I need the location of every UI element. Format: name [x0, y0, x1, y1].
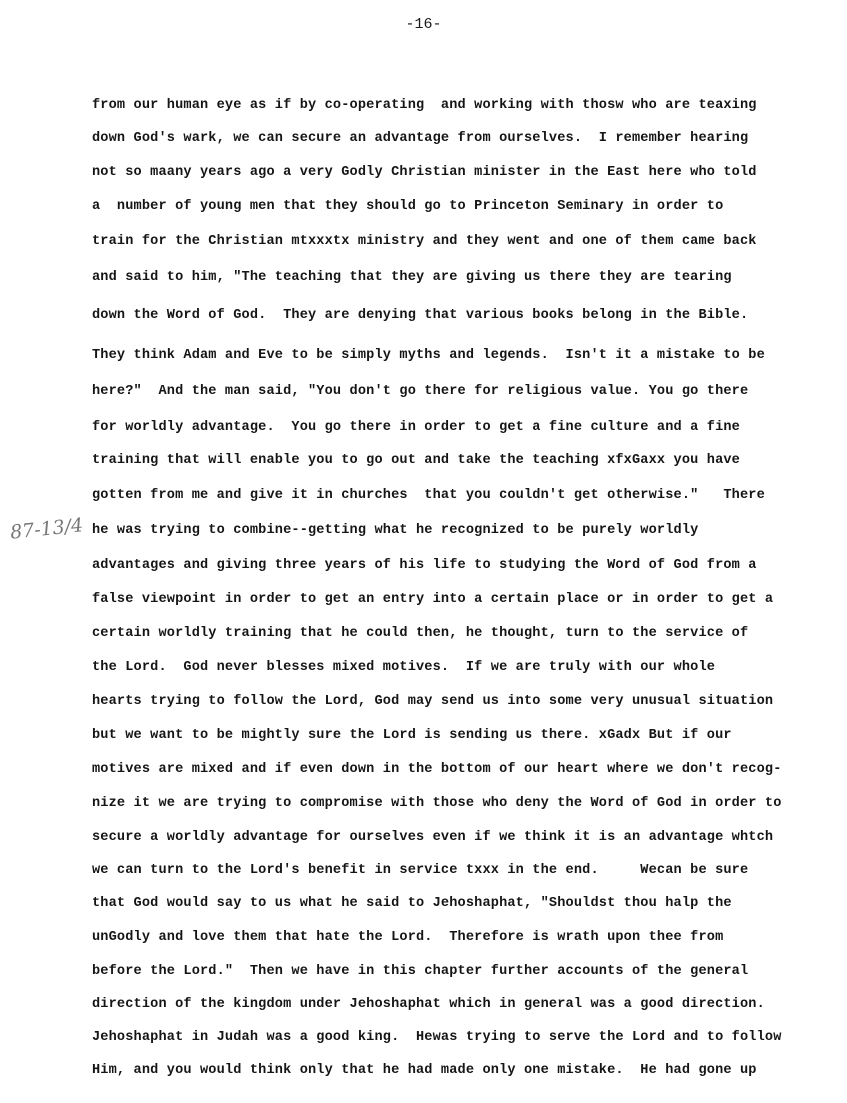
text-line: down the Word of God. They are denying t… — [92, 306, 748, 326]
text-line: the Lord. God never blesses mixed motive… — [92, 658, 715, 678]
text-line: from our human eye as if by co-operating… — [92, 96, 757, 116]
text-line: train for the Christian mtxxxtx ministry… — [92, 232, 757, 252]
page-number: -16- — [0, 16, 847, 33]
text-line: that God would say to us what he said to… — [92, 894, 732, 914]
handwritten-margin-note: 87-13/4 — [9, 514, 84, 544]
text-line: Jehoshaphat in Judah was a good king. He… — [92, 1028, 782, 1048]
text-line: here?" And the man said, "You don't go t… — [92, 382, 748, 402]
text-line: They think Adam and Eve to be simply myt… — [92, 346, 765, 366]
text-line: motives are mixed and if even down in th… — [92, 760, 782, 780]
text-line: he was trying to combine--getting what h… — [92, 521, 698, 541]
text-line: Him, and you would think only that he ha… — [92, 1061, 757, 1081]
text-line: down God's wark, we can secure an advant… — [92, 129, 748, 149]
text-line: and said to him, "The teaching that they… — [92, 268, 732, 288]
text-line: before the Lord." Then we have in this c… — [92, 962, 748, 982]
text-line: unGodly and love them that hate the Lord… — [92, 928, 723, 948]
text-line: we can turn to the Lord's benefit in ser… — [92, 861, 748, 881]
text-line: but we want to be mightly sure the Lord … — [92, 726, 732, 746]
text-line: secure a worldly advantage for ourselves… — [92, 828, 773, 848]
text-line: training that will enable you to go out … — [92, 451, 740, 471]
text-line: for worldly advantage. You go there in o… — [92, 418, 740, 438]
text-line: not so maany years ago a very Godly Chri… — [92, 163, 757, 183]
text-line: false viewpoint in order to get an entry… — [92, 590, 773, 610]
text-line: direction of the kingdom under Jehoshaph… — [92, 995, 765, 1015]
text-line: a number of young men that they should g… — [92, 197, 723, 217]
text-line: certain worldly training that he could t… — [92, 624, 748, 644]
text-line: nize it we are trying to compromise with… — [92, 794, 782, 814]
text-line: hearts trying to follow the Lord, God ma… — [92, 692, 773, 712]
text-line: gotten from me and give it in churches t… — [92, 486, 765, 506]
text-line: advantages and giving three years of his… — [92, 556, 757, 576]
